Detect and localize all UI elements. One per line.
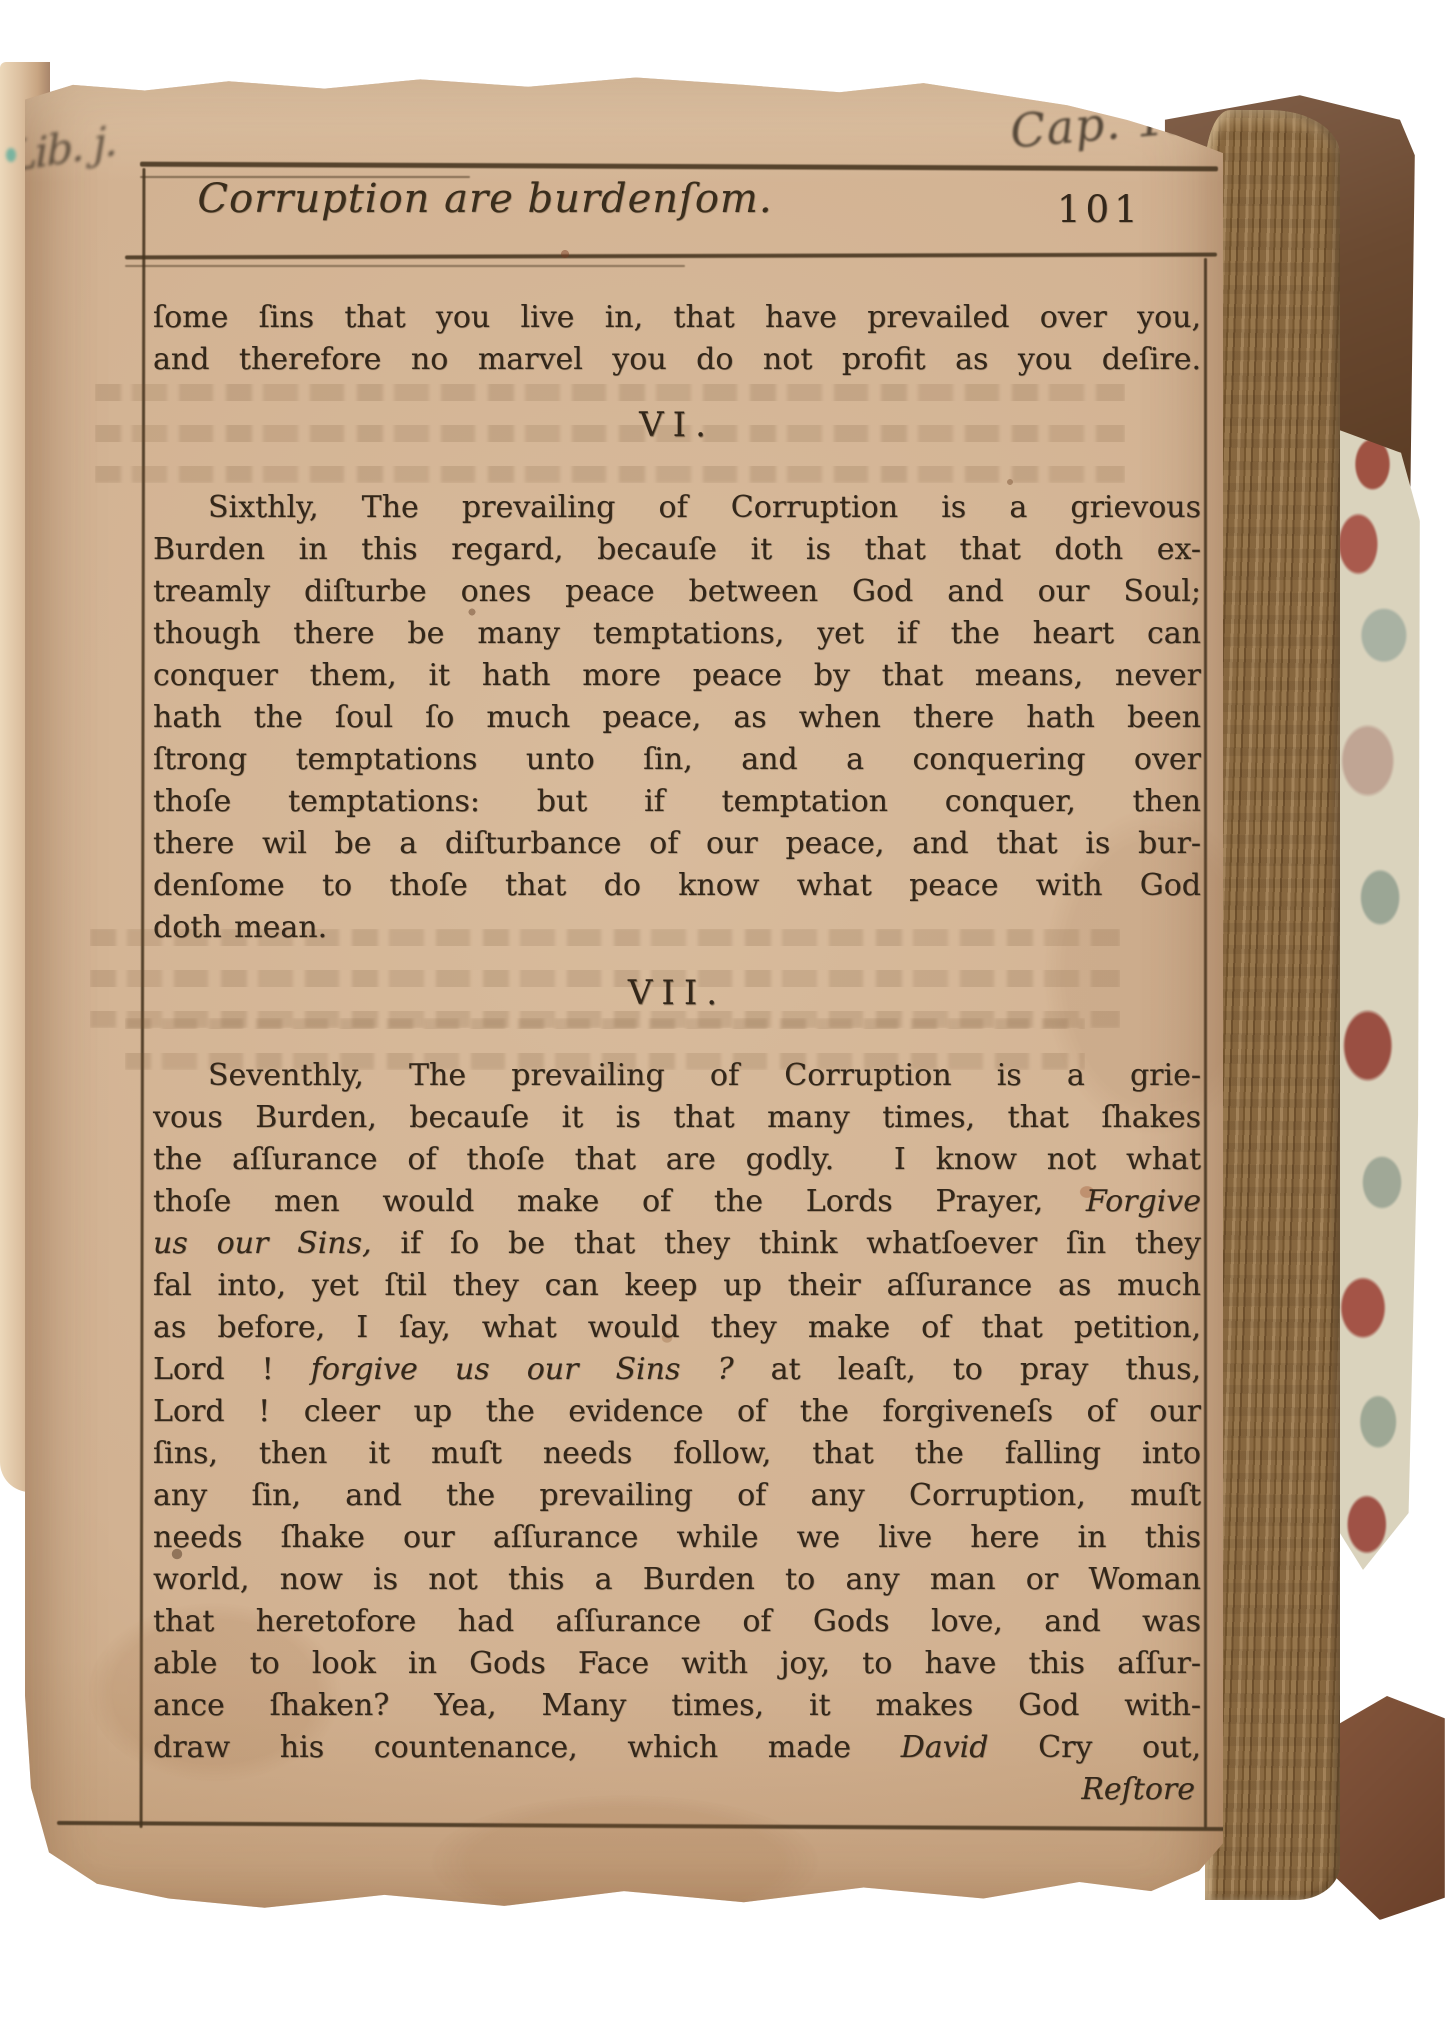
body-text: able to look in Gods Face with joy, to h… bbox=[153, 1646, 1201, 1681]
body-text: Sixthly, The prevailing of Corruption is… bbox=[208, 490, 1201, 525]
body-text: and therefore no marvel you do not profi… bbox=[153, 342, 1201, 377]
text-line: Lord ! forgive us our Sins ? at leaſt, t… bbox=[153, 1349, 1201, 1391]
body-text: if ſo be that they think whatſoever ſin … bbox=[372, 1226, 1201, 1261]
body-text: thoſe men would make of the Lords Prayer… bbox=[153, 1184, 1086, 1219]
body-text: vous Burden, becauſe it is that many tim… bbox=[153, 1100, 1201, 1135]
header-rule-bottom bbox=[125, 253, 1217, 260]
body-text: as before, I ſay, what would they make o… bbox=[153, 1310, 1201, 1345]
text-line: able to look in Gods Face with joy, to h… bbox=[153, 1643, 1201, 1685]
text-line: us our Sins, if ſo be that they think wh… bbox=[153, 1223, 1201, 1265]
section-heading: VII. bbox=[153, 973, 1201, 1013]
body-text: thoſe temptations: but if temptation con… bbox=[153, 784, 1201, 819]
body-text: Lord ! cleer up the evidence of the forg… bbox=[153, 1394, 1201, 1429]
text-line: Sixthly, The prevailing of Corruption is… bbox=[153, 487, 1201, 529]
text-frame-left-border bbox=[140, 168, 146, 1828]
body-text: there wil be a diſturbance of our peace,… bbox=[153, 826, 1201, 861]
body-text: that heretofore had aſſurance of Gods lo… bbox=[153, 1604, 1201, 1639]
body-text: any ſin, and the prevailing of any Corru… bbox=[153, 1478, 1201, 1513]
text-line: any ſin, and the prevailing of any Corru… bbox=[153, 1475, 1201, 1517]
italic-text: us our Sins, bbox=[153, 1226, 372, 1261]
body-text: the aſſurance of thoſe that are godly. I… bbox=[153, 1142, 1201, 1177]
text-line: treamly diſturbe ones peace between God … bbox=[153, 571, 1201, 613]
text-line: doth mean. bbox=[153, 907, 1201, 949]
paragraph: Sixthly, The prevailing of Corruption is… bbox=[153, 487, 1201, 949]
paragraph: ſome ſins that you live in, that have pr… bbox=[153, 297, 1201, 381]
text-line: ſtrong temptations unto ſin, and a conqu… bbox=[153, 739, 1201, 781]
body-text: Seventhly, The prevailing of Corruption … bbox=[208, 1058, 1201, 1093]
text-line: denſome to thoſe that do know what peace… bbox=[153, 865, 1201, 907]
italic-text: Forgive bbox=[1086, 1184, 1201, 1219]
handwritten-annotation-left: Lib. j. bbox=[9, 115, 116, 181]
body-text: ſins, then it muſt needs follow, that th… bbox=[153, 1436, 1201, 1471]
header-rule-bottom-secondary bbox=[125, 265, 685, 267]
text-line: though there be many temptations, yet if… bbox=[153, 613, 1201, 655]
text-line: thoſe temptations: but if temptation con… bbox=[153, 781, 1201, 823]
body-text: Cry out, bbox=[988, 1730, 1201, 1765]
body-text: Lord ! bbox=[153, 1352, 311, 1387]
text-line: and therefore no marvel you do not profi… bbox=[153, 339, 1201, 381]
body-text: fal into, yet ſtil they can keep up thei… bbox=[153, 1268, 1201, 1303]
body-text: ſtrong temptations unto ſin, and a conqu… bbox=[153, 742, 1201, 777]
catchword: Reſtore bbox=[153, 1773, 1201, 1807]
text-line: draw his countenance, which made David C… bbox=[153, 1727, 1201, 1769]
antique-book-photo: Lib. j. Cap. 15. Corruption are burdenſo… bbox=[0, 0, 1445, 2023]
body-text: ſome ſins that you live in, that have pr… bbox=[153, 300, 1201, 335]
text-line: the aſſurance of thoſe that are godly. I… bbox=[153, 1139, 1201, 1181]
text-line: vous Burden, becauſe it is that many tim… bbox=[153, 1097, 1201, 1139]
running-title: Corruption are burdenſom. bbox=[185, 176, 785, 222]
body-text: treamly diſturbe ones peace between God … bbox=[153, 574, 1201, 609]
body-text: hath the ſoul ſo much peace, as when the… bbox=[153, 700, 1201, 735]
text-line: as before, I ſay, what would they make o… bbox=[153, 1307, 1201, 1349]
page-block-fore-edge bbox=[1205, 110, 1340, 1900]
text-frame-right-border bbox=[1204, 258, 1207, 1828]
paragraph: Seventhly, The prevailing of Corruption … bbox=[153, 1055, 1201, 1769]
body-text: doth mean. bbox=[153, 910, 327, 945]
section-heading: VI. bbox=[153, 405, 1201, 445]
text-line: needs ſhake our aſſurance while we live … bbox=[153, 1517, 1201, 1559]
body-text: world, now is not this a Burden to any m… bbox=[153, 1562, 1201, 1597]
body-text: denſome to thoſe that do know what peace… bbox=[153, 868, 1201, 903]
book-page: Lib. j. Cap. 15. Corruption are burdenſo… bbox=[25, 72, 1223, 1917]
text-line: thoſe men would make of the Lords Prayer… bbox=[153, 1181, 1201, 1223]
text-line: ſome ſins that you live in, that have pr… bbox=[153, 297, 1201, 339]
text-line: Lord ! cleer up the evidence of the forg… bbox=[153, 1391, 1201, 1433]
footer-rule bbox=[57, 1821, 1225, 1831]
text-column: ſome ſins that you live in, that have pr… bbox=[153, 297, 1201, 1807]
body-text: ance ſhaken? Yea, Many times, it makes G… bbox=[153, 1688, 1201, 1723]
text-line: Burden in this regard, becauſe it is tha… bbox=[153, 529, 1201, 571]
body-text: at leaſt, to pray thus, bbox=[734, 1352, 1201, 1387]
header-rule-top bbox=[140, 162, 1218, 172]
body-text: Burden in this regard, becauſe it is tha… bbox=[153, 532, 1201, 567]
text-line: Seventhly, The prevailing of Corruption … bbox=[153, 1055, 1201, 1097]
ink-speck bbox=[6, 148, 16, 162]
text-line: ſins, then it muſt needs follow, that th… bbox=[153, 1433, 1201, 1475]
text-line: fal into, yet ſtil they can keep up thei… bbox=[153, 1265, 1201, 1307]
page-number: 101 bbox=[1057, 188, 1143, 231]
text-line: ance ſhaken? Yea, Many times, it makes G… bbox=[153, 1685, 1201, 1727]
text-line: world, now is not this a Burden to any m… bbox=[153, 1559, 1201, 1601]
body-text: needs ſhake our aſſurance while we live … bbox=[153, 1520, 1201, 1555]
body-text: conquer them, it hath more peace by that… bbox=[153, 658, 1201, 693]
body-text: draw his countenance, which made bbox=[153, 1730, 901, 1765]
italic-text: David bbox=[901, 1730, 989, 1765]
text-line: hath the ſoul ſo much peace, as when the… bbox=[153, 697, 1201, 739]
italic-text: forgive us our Sins ? bbox=[311, 1352, 734, 1387]
body-text: though there be many temptations, yet if… bbox=[153, 616, 1201, 651]
text-line: there wil be a diſturbance of our peace,… bbox=[153, 823, 1201, 865]
text-line: that heretofore had aſſurance of Gods lo… bbox=[153, 1601, 1201, 1643]
text-line: conquer them, it hath more peace by that… bbox=[153, 655, 1201, 697]
